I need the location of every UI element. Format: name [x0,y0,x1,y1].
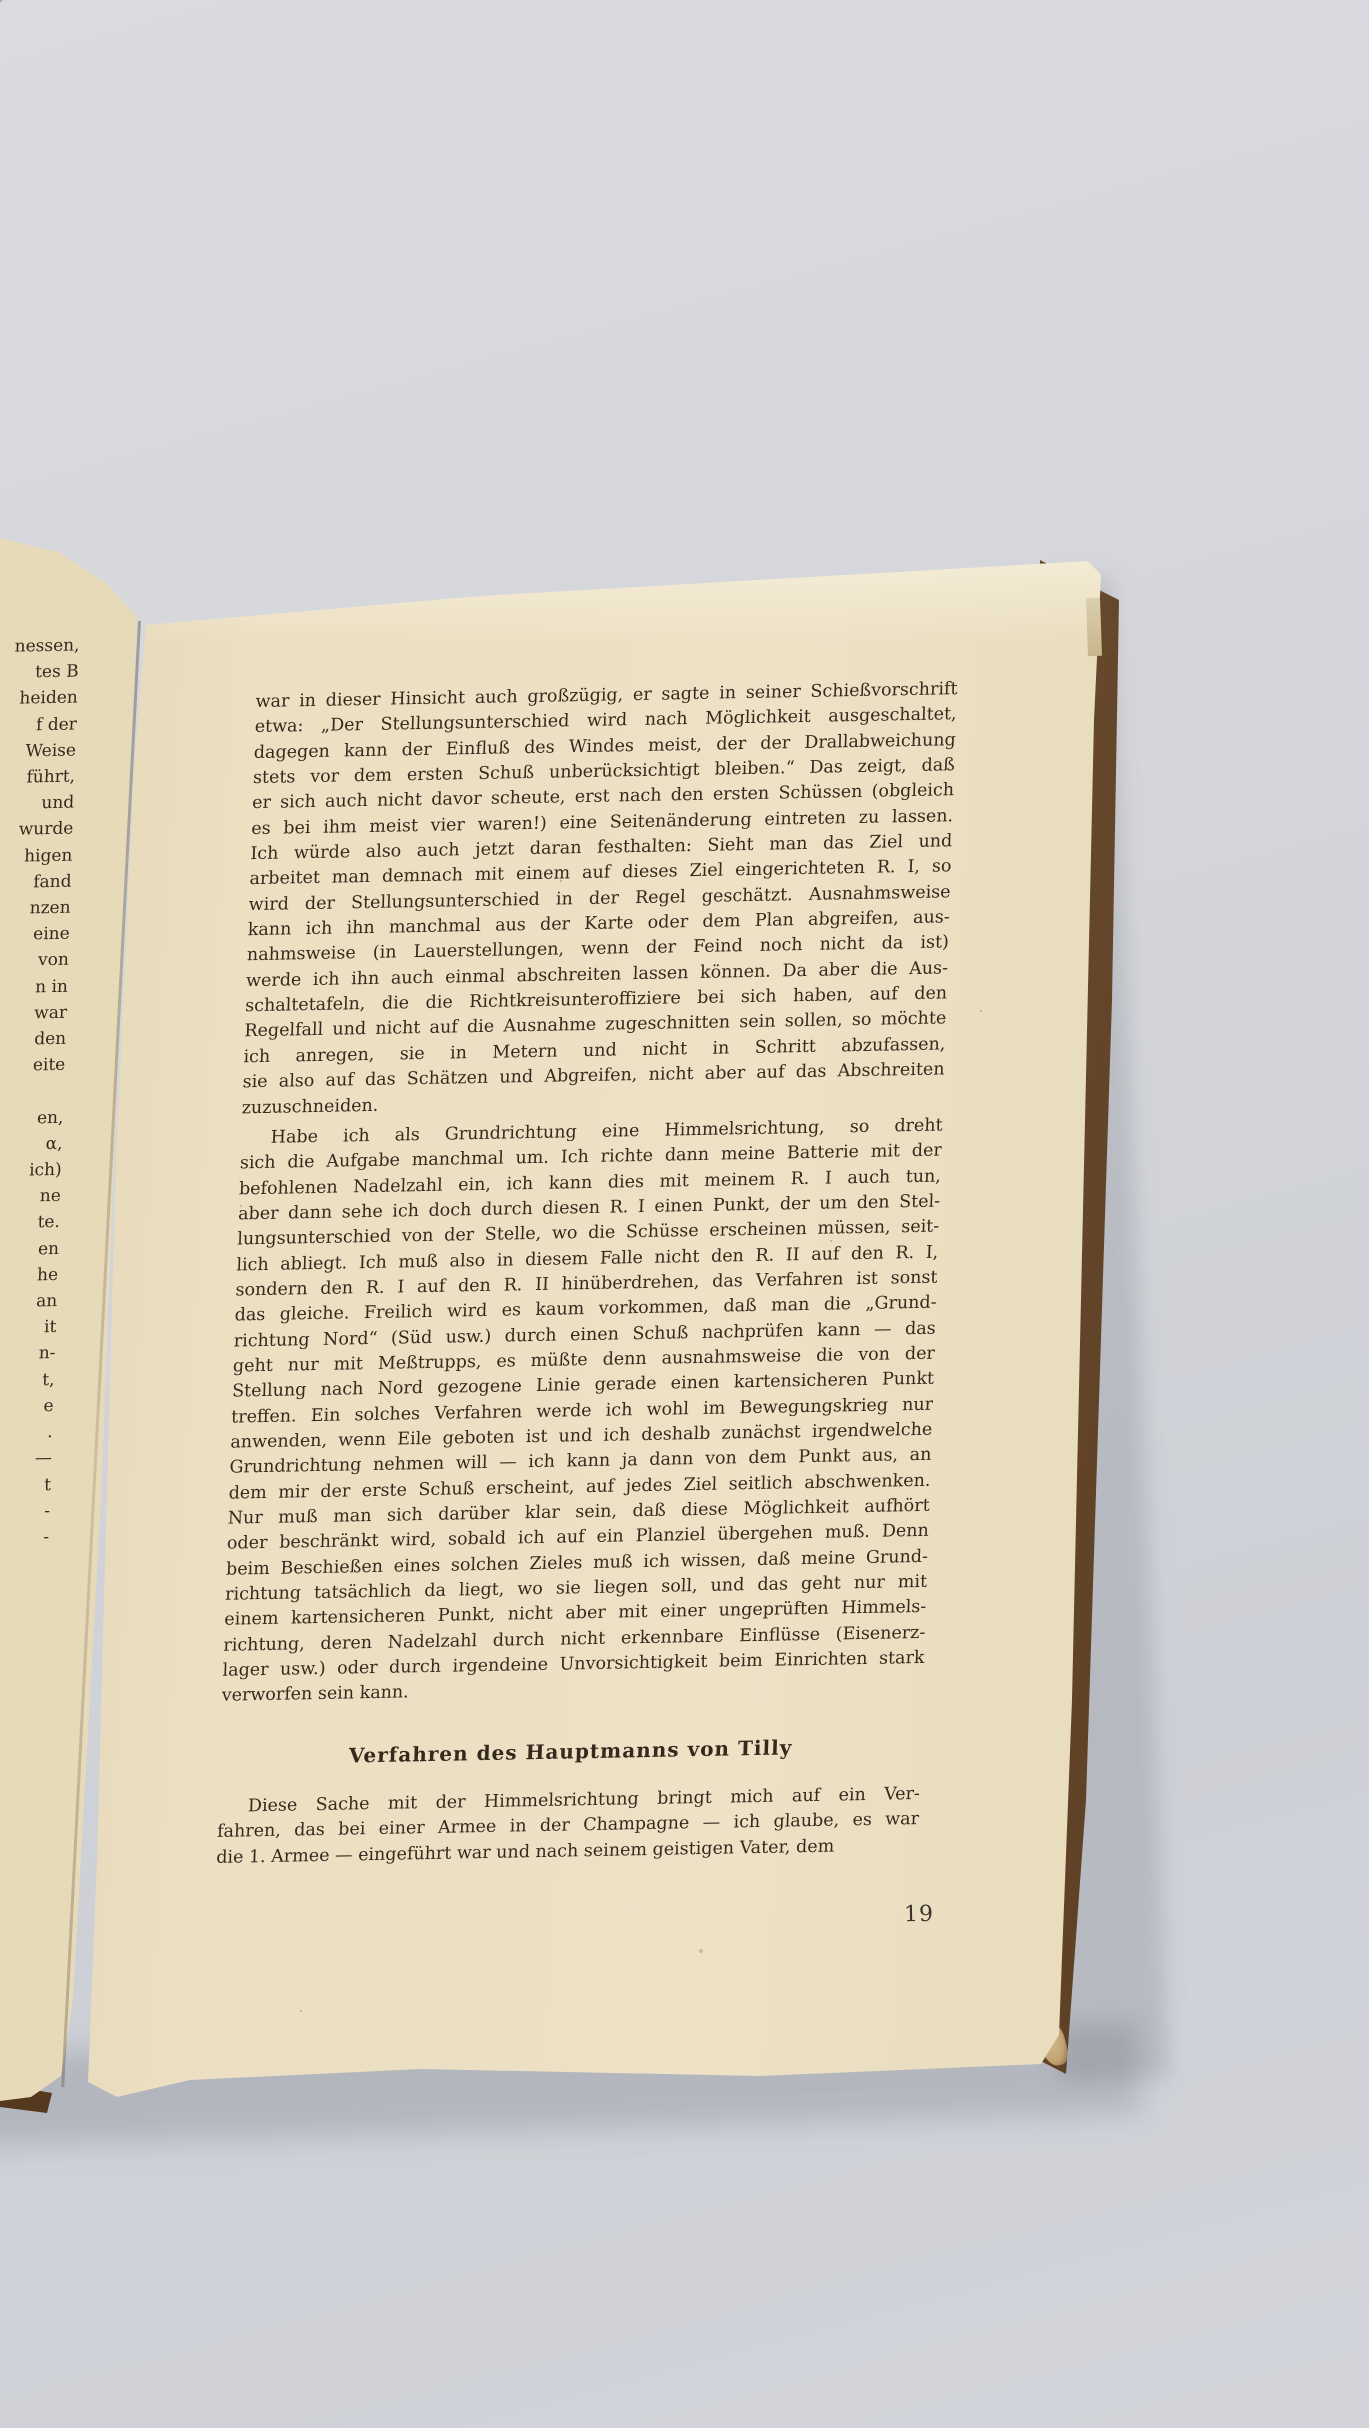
text-line [0,1078,65,1106]
text-line: — [0,1445,52,1473]
text-line: tes B [0,659,79,687]
text-line: - [0,1524,50,1552]
text-line: t, [0,1367,55,1395]
text-line: wurde [0,816,74,844]
text-line: Weise [0,737,76,765]
paragraph-1: war in dieser Hinsicht auch großzügig, e… [241,677,958,1121]
text-line: heiden [0,685,78,713]
text-line: führt, [0,764,76,792]
text-line: an [0,1288,58,1316]
text-line: den [0,1026,67,1054]
page-number: 19 [884,1901,954,1927]
text-line: e [0,1393,54,1421]
text-line: he [0,1262,59,1290]
paper-specks [0,0,2,2]
text-line: eite [0,1052,66,1080]
text-line: en, [0,1104,64,1132]
text-line: - [0,1498,51,1526]
page-stack-edge [1086,598,1102,656]
text-line: it [0,1314,57,1342]
paragraph-3: Diese Sache mit der Himmelsrichtung brin… [216,1782,920,1871]
paragraph-2: Habe ich als Grundrichtung eine Himmelsr… [221,1113,943,1709]
text-line: α, [0,1131,63,1159]
text-line: ich) [0,1157,62,1185]
text-line: und [0,790,75,818]
page-body-text: war in dieser Hinsicht auch großzügig, e… [216,677,958,1871]
text-line: ne [0,1183,61,1211]
text-line: t [0,1472,51,1500]
text-line: f der [0,711,77,739]
text-line: te. [0,1209,60,1237]
text-line: en [0,1236,59,1264]
book-photo: nessen,tes Bheidenf derWeiseführt,undwur… [0,0,1369,2428]
text-line: war [0,1000,67,1028]
text-line: n- [0,1341,56,1369]
text-line: nzen [0,895,71,923]
text-line: . [0,1419,53,1447]
text-line: von [0,947,69,975]
section-heading: Verfahren des Hauptmanns von Tilly [219,1733,922,1771]
text-line: fand [0,868,72,896]
text-line: higen [0,842,73,870]
text-line: nessen, [0,632,80,660]
text-line: n in [0,973,68,1001]
text-line: eine [0,921,70,949]
